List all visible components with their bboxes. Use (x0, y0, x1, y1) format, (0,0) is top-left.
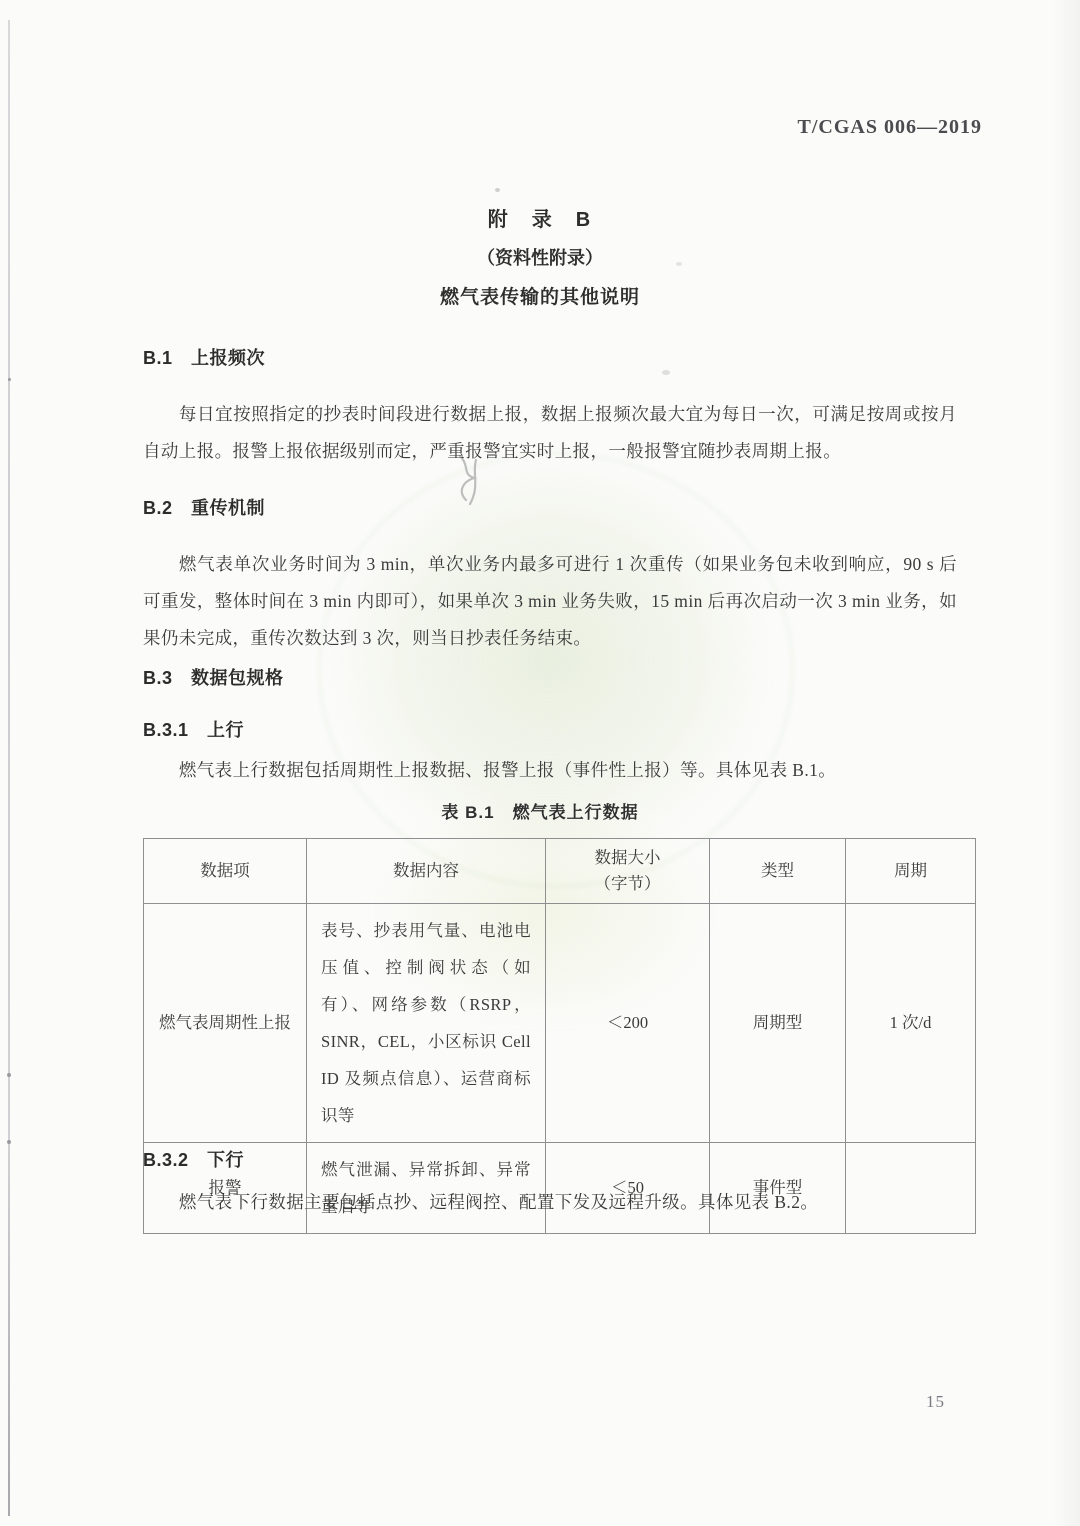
col-header-data-item: 数据项 (144, 839, 307, 904)
page-number: 15 (926, 1392, 945, 1412)
appendix-title-line3: 燃气表传输的其他说明 (0, 282, 1080, 309)
col-header-type: 类型 (710, 839, 846, 904)
section-b32-paragraph: 燃气表下行数据主要包括点抄、远程阀控、配置下发及远程升级。具体见表 B.2。 (143, 1184, 957, 1221)
scan-dot (7, 1140, 11, 1144)
col-header-data-size-line2: （字节） (554, 871, 701, 897)
col-header-data-content: 数据内容 (307, 839, 546, 904)
section-b31-paragraph: 燃气表上行数据包括周期性上报数据、报警上报（事件性上报）等。具体见表 B.1。 (143, 752, 957, 789)
cell-size: ＜200 (546, 904, 710, 1143)
table-header-row: 数据项 数据内容 数据大小 （字节） 类型 周期 (144, 839, 976, 904)
scan-speckle (662, 370, 670, 375)
doc-code: T/CGAS 006—2019 (798, 116, 982, 139)
table-row-periodic-report: 燃气表周期性上报 表号、抄表用气量、电池电压值、控制阀状态（如有）、网络参数（R… (144, 904, 976, 1143)
section-b2-paragraph: 燃气表单次业务时间为 3 min，单次业务内最多可进行 1 次重传（如果业务包未… (143, 546, 957, 657)
appendix-title-line2: （资料性附录） (0, 244, 1080, 270)
col-header-period: 周期 (846, 839, 976, 904)
appendix-title: 附 录 B （资料性附录） 燃气表传输的其他说明 (0, 203, 1080, 309)
appendix-title-line1: 附 录 B (0, 203, 1080, 232)
section-b31-heading: B.3.1 上行 (143, 716, 244, 742)
section-b2-heading: B.2 重传机制 (143, 494, 265, 520)
cell-item: 燃气表周期性上报 (144, 904, 307, 1143)
section-b1-heading: B.1 上报频次 (143, 344, 265, 370)
scan-speckle (495, 188, 500, 192)
cell-period: 1 次/d (846, 904, 976, 1143)
table-b1-caption: 表 B.1 燃气表上行数据 (0, 798, 1080, 823)
scanned-document-page: T/CGAS 006—2019 附 录 B （资料性附录） 燃气表传输的其他说明… (0, 0, 1080, 1526)
cell-content: 表号、抄表用气量、电池电压值、控制阀状态（如有）、网络参数（RSRP，SINR，… (307, 904, 546, 1143)
col-header-data-size: 数据大小 （字节） (546, 839, 710, 904)
section-b3-heading: B.3 数据包规格 (143, 664, 284, 690)
table-b1: 数据项 数据内容 数据大小 （字节） 类型 周期 燃气表周期性上报 表号、抄表用… (143, 838, 976, 1234)
scan-dot (7, 1073, 11, 1077)
section-b1-paragraph: 每日宜按照指定的抄表时间段进行数据上报，数据上报频次最大宜为每日一次，可满足按周… (143, 396, 957, 470)
scan-dot (8, 378, 11, 381)
col-header-data-size-line1: 数据大小 (554, 845, 701, 871)
cell-type: 周期型 (710, 904, 846, 1143)
section-b32-heading: B.3.2 下行 (143, 1146, 244, 1172)
